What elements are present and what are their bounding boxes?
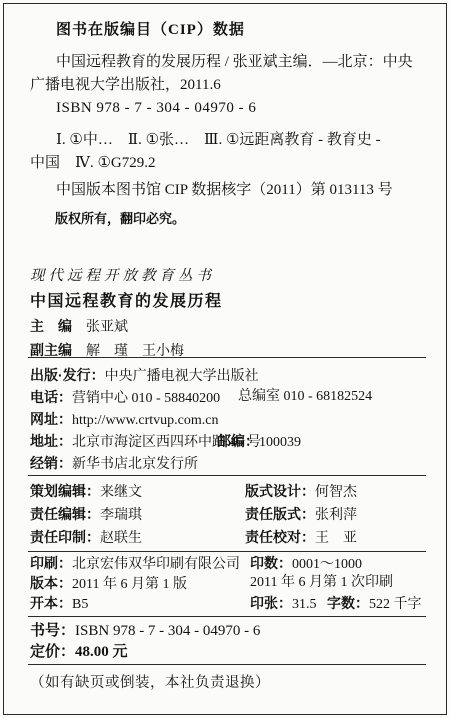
row-label: 经销： [30,455,72,471]
row-label: 印刷： [30,555,72,571]
row-right-value: 0001～1000 [292,557,362,572]
cip-heading: 图书在版编目（CIP）数据 [30,20,430,40]
printing-row: 印刷：北京宏伟双华印刷有限公司 印数：0001～1000 [30,553,430,573]
printing-format-row: 开本：B5 印张：31.5 字数：522 千字 [30,593,430,613]
row-label: 策划编辑： [30,483,100,499]
price-label: 定价： [30,643,75,660]
row-value: 来继文 [100,485,142,500]
cip-isbn-line: ISBN 978 - 7 - 304 - 04970 - 6 [30,97,430,120]
row-value: 中央广播电视大学出版社 [105,369,259,384]
row-label: 地址： [30,433,72,449]
row-extra-label: 字数： [327,595,369,611]
row-right-value: 100039 [259,435,301,450]
row-right: 印张：31.5 [250,593,317,615]
publisher-row: 经销：新华书店北京发行所 [30,452,430,474]
editors-block: 策划编辑：来继文 版式设计：何智杰 责任编辑：李瑞琪 责任版式：张利萍 责任印制… [30,480,430,549]
editors-row: 责任印制：赵联生 责任校对：王 亚 [30,526,430,549]
price-row: 定价：48.00 元 [30,641,430,662]
row-mid-value: 31.5 [292,597,317,612]
publisher-block: 出版·发行：中央广播电视大学出版社 电话：营销中心 010 - 58840200… [30,364,430,474]
row-right-value: 何智杰 [315,485,357,500]
title-block: 现代远程开放教育丛书 中国远程教育的发展历程 主 编 张亚斌 副主编 解 瑾 王… [30,266,430,362]
cip-record-line1: 中国远程教育的发展历程 / 张亚斌主编．—北京：中央 [30,51,430,74]
row-value: B5 [72,597,88,612]
row-label: 开本： [30,595,72,611]
printing-row: 版本：2011 年 6 月第 1 版 2011 年 6 月第 1 次印刷 [30,573,430,593]
cip-classification-line1: Ⅰ. ①中… Ⅱ. ①张… Ⅲ. ①远距离教育 - 教育史 - [30,129,430,152]
book-title: 中国远程教育的发展历程 [30,290,430,314]
row-right-value: 2011 年 6 月第 1 次印刷 [250,573,393,593]
divider [28,616,426,617]
row-label: 责任印制： [30,529,100,545]
row-extra-value: 522 千字 [369,597,422,612]
row-right-value: 王 亚 [315,531,357,546]
row-label: 出版·发行： [30,367,105,383]
editors-row: 责任编辑：李瑞琪 责任版式：张利萍 [30,503,430,526]
publisher-row: 出版·发行：中央广播电视大学出版社 [30,364,430,386]
row-label: 版本： [30,575,72,591]
row-right: 版式设计：何智杰 [245,480,357,504]
row-right-value: 张利萍 [315,508,357,523]
cip-block: 图书在版编目（CIP）数据 中国远程教育的发展历程 / 张亚斌主编．—北京：中央… [30,20,430,227]
return-policy-note: （如有缺页或倒装，本社负责退换） [30,672,430,694]
colophon-page: 图书在版编目（CIP）数据 中国远程教育的发展历程 / 张亚斌主编．—北京：中央… [0,0,450,718]
row-right-label: 印数： [250,555,292,571]
booknumber-block: 书号：ISBN 978 - 7 - 304 - 04970 - 6 定价：48.… [30,620,430,662]
divider [28,664,426,665]
publisher-row: 地址：北京市海淀区西四环中路 45 号 邮编：100039 [30,430,430,452]
row-right: 责任校对：王 亚 [245,526,357,550]
row-right: 邮编：100039 [217,430,301,454]
publisher-row: 电话：营销中心 010 - 58840200 总编室 010 - 6818252… [30,386,430,408]
row-right: 印数：0001～1000 [250,553,362,575]
cip-record-line2: 广播电视大学出版社，2011.6 [30,74,430,97]
row-value: 赵联生 [100,531,142,546]
row-right-value: 总编室 010 - 68182524 [238,386,372,408]
chief-editor-line: 主 编 张亚斌 [30,317,430,338]
isbn-label: 书号： [30,622,75,639]
row-right-label: 责任版式： [245,506,315,522]
isbn-row: 书号：ISBN 978 - 7 - 304 - 04970 - 6 [30,620,430,641]
row-value: 2011 年 6 月第 1 版 [72,577,187,592]
row-label: 责任编辑： [30,506,100,522]
publisher-row: 网址：http://www.crtvup.com.cn [30,408,430,430]
copyright-notice: 版权所有，翻印必究。 [30,208,430,227]
deputy-editor-line: 副主编 解 瑾 王小梅 [30,341,430,362]
row-value: 营销中心 010 - 58840200 [72,391,220,406]
row-right-label: 版式设计： [245,483,315,499]
row-value: http://www.crtvup.com.cn [72,413,218,428]
chief-editor-name: 张亚斌 [86,320,128,335]
row-right-label: 邮编： [217,433,259,449]
divider [28,357,426,358]
row-mid-label: 印张： [250,595,292,611]
row-value: 李瑞琪 [100,508,142,523]
divider [28,475,426,476]
row-right: 责任版式：张利萍 [245,503,357,527]
chief-editor-label: 主 编 [30,320,72,335]
price-value: 48.00 元 [75,644,128,660]
row-right-label: 责任校对： [245,529,315,545]
row-value: 北京宏伟双华印刷有限公司 [72,557,240,572]
row-label: 电话： [30,389,72,405]
row-value: 新华书店北京发行所 [72,457,198,472]
printing-block: 印刷：北京宏伟双华印刷有限公司 印数：0001～1000 版本：2011 年 6… [30,553,430,613]
cip-classification-line2: 中国 Ⅳ. ①G729.2 [30,152,430,175]
series-name: 现代远程开放教育丛书 [30,266,430,287]
row-label: 网址： [30,411,72,427]
isbn-value: ISBN 978 - 7 - 304 - 04970 - 6 [75,623,260,639]
row-extra: 字数：522 千字 [327,593,422,615]
editors-row: 策划编辑：来继文 版式设计：何智杰 [30,480,430,503]
cip-registry-line: 中国版本图书馆 CIP 数据核字（2011）第 013113 号 [30,179,430,202]
divider [28,551,426,552]
